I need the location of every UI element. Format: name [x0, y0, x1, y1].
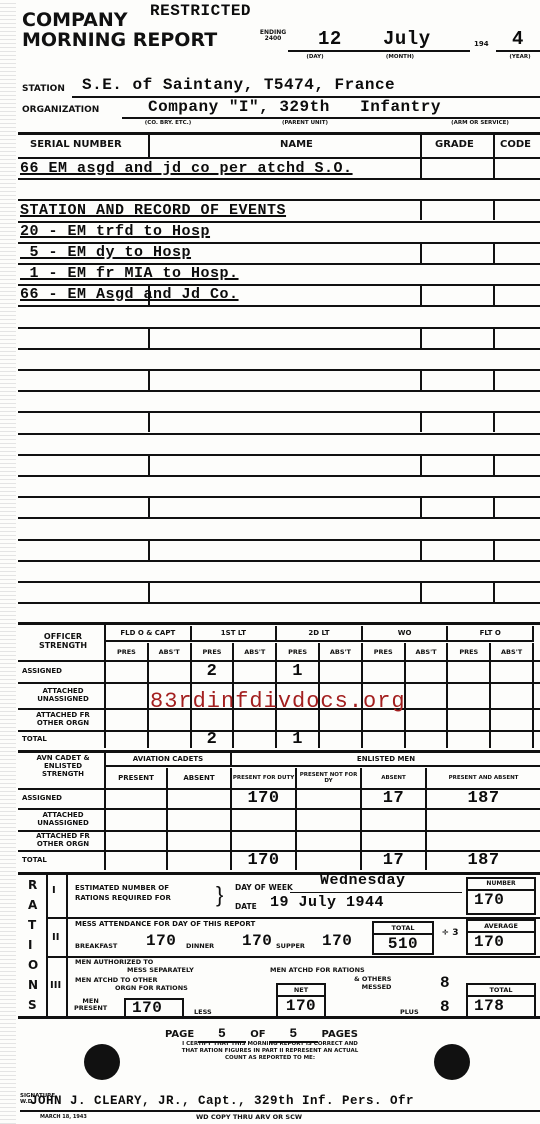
roster-col-divider [420, 135, 422, 158]
officer-cell [448, 682, 491, 708]
roster-col-divider [420, 411, 422, 432]
roster-col-divider [493, 454, 495, 475]
mess-total-box: TOTAL 510 [372, 921, 434, 955]
officer-cell: 2 [192, 730, 235, 748]
pages-label: PAGES [322, 1029, 358, 1040]
enlisted-cell [168, 808, 232, 830]
day-caption: (DAY) [300, 54, 330, 60]
event-item: 5 - EM dy to Hosp [20, 244, 191, 261]
roster-col-divider [420, 496, 422, 517]
officer-label-divider [104, 625, 106, 748]
officer-group-header: 2D LT [277, 626, 363, 642]
officer-sub-header: PRES [448, 643, 491, 660]
officer-cell [491, 660, 534, 682]
net-box: NET 170 [276, 983, 326, 1018]
roster-row-rule [18, 475, 540, 477]
signature-value: JOHN J. CLEARY, JR., Capt., 329th Inf. P… [30, 1094, 414, 1108]
enlisted-cell [168, 850, 232, 870]
officer-cell [491, 730, 534, 748]
organization-value: Company "I", 329th Infantry [148, 98, 441, 116]
rations-side-letter: R [28, 878, 37, 892]
enlisted-col-header: ABSENT [168, 768, 232, 788]
officer-group-header: 1ST LT [192, 626, 278, 642]
atchd-other-label: MEN ATCHD TO OTHER ORGN FOR RATIONS [75, 976, 188, 992]
officer-sub-header: ABS'T [149, 643, 192, 660]
roster-first-entry: 66 EM asgd and jd co per atchd S.O. [20, 160, 353, 177]
month-caption: (MONTH) [380, 54, 420, 60]
roster-row-rule [18, 539, 540, 541]
form-date: MARCH 18, 1943 [40, 1114, 87, 1120]
roster-row-rule [18, 560, 540, 562]
of-label: OF [250, 1029, 265, 1040]
roster-col-divider [493, 411, 495, 432]
men-present-label-2: PRESENT [74, 1005, 107, 1012]
officer-sub-header: ABS'T [406, 643, 449, 660]
report-year: 4 [512, 28, 524, 50]
roster-col-divider [493, 284, 495, 305]
officer-cell [106, 660, 149, 682]
rations-side-letter: A [28, 898, 37, 912]
rations-side-letter: S [28, 998, 37, 1012]
binder-hole-left [84, 1044, 120, 1080]
dinner-label: DINNER [186, 942, 214, 950]
roster-col-divider [148, 539, 150, 560]
roster-col-divider [420, 284, 422, 305]
section-ii-numeral: II [52, 932, 59, 943]
number-value: 170 [468, 891, 534, 909]
rations-divider [46, 874, 48, 1018]
day-of-week-line [290, 892, 462, 893]
roster-row-rule [18, 517, 540, 519]
officer-cell [320, 660, 363, 682]
roster-col-divider [493, 327, 495, 348]
roster-col-divider [493, 135, 495, 158]
brace: } [216, 880, 223, 910]
others-messed-label: & OTHERS MESSED [354, 975, 391, 991]
enlisted-cell [106, 808, 168, 830]
day-of-week-label: DAY OF WEEK [235, 883, 293, 892]
officer-sub-header: ABS'T [234, 643, 277, 660]
roster-col-divider [420, 242, 422, 263]
rations-side-letter: O [28, 958, 38, 972]
officer-cell: 1 [277, 730, 320, 748]
section-i-label-2: RATIONS REQUIRED FOR [75, 893, 171, 903]
officer-cell [448, 730, 491, 748]
report-day: 12 [318, 28, 342, 50]
atchd-for-rations-label: MEN ATCHD FOR RATIONS [270, 966, 365, 974]
breakfast-label: BREAKFAST [75, 942, 117, 950]
breakfast-value: 170 [146, 932, 176, 950]
enlisted-cell [297, 850, 362, 870]
roster-top-rule [18, 132, 540, 135]
officer-sub-header: PRES [106, 643, 149, 660]
section-i-label: ESTIMATED NUMBER OF RATIONS REQUIRED FOR [75, 883, 171, 903]
others-label-2: MESSED [354, 983, 391, 991]
rations-top-rule [18, 872, 540, 875]
officer-cell [491, 708, 534, 730]
officer-cell [406, 660, 449, 682]
date-line [288, 50, 470, 52]
officer-sub-header: ABS'T [320, 643, 363, 660]
rations-divider [66, 874, 68, 1018]
roster-row-rule [18, 581, 540, 583]
rations-side-letter: N [28, 978, 38, 992]
supper-label: SUPPER [276, 942, 305, 950]
enlisted-men-header: ENLISTED MEN [232, 753, 540, 767]
roster-col-divider [420, 369, 422, 390]
section-i-numeral: I [52, 885, 56, 896]
ration-total-label: TOTAL [468, 985, 534, 997]
rations-side-letter: I [28, 938, 32, 952]
ration-date-value: 19 July 1944 [270, 894, 384, 911]
atchd-other-label-2: ORGN FOR RATIONS [75, 984, 188, 992]
roster-row-rule [18, 348, 540, 350]
officer-cell [491, 682, 534, 708]
roster-col-divider [493, 539, 495, 560]
officer-sub-header: PRES [363, 643, 406, 660]
certify-line-1: I CERTIFY THAT THIS MORNING REPORT IS CO… [120, 1041, 420, 1048]
roster-col-divider [420, 581, 422, 602]
page-label: PAGE [165, 1029, 194, 1040]
enlisted-cell [297, 788, 362, 808]
mess-total-label: TOTAL [374, 923, 432, 935]
officer-sub-header: PRES [277, 643, 320, 660]
officer-row-label: ATTACHED FR OTHER ORGN [22, 708, 104, 730]
event-item: 20 - EM trfd to Hosp [20, 223, 210, 240]
officer-cell [448, 708, 491, 730]
enlisted-col-header: ABSENT [362, 768, 427, 788]
enlisted-col-header: PRESENT NOT FOR DY [297, 768, 362, 788]
enlisted-col-header: PRESENT [106, 768, 168, 788]
atchd-other-label-1: MEN ATCHD TO OTHER [75, 976, 188, 984]
officer-row-label: ATTACHED UNASSIGNED [22, 682, 104, 708]
org-caption-parent: (PARENT UNIT) [270, 120, 340, 126]
average-label: AVERAGE [468, 921, 534, 933]
roster-col-divider [148, 581, 150, 602]
average-value: 170 [468, 933, 534, 951]
enlisted-label-divider [104, 753, 106, 870]
rations-side-letter: T [28, 918, 36, 932]
year-prefix: 194 [474, 40, 489, 48]
enlisted-cell [362, 808, 427, 830]
net-value: 170 [278, 997, 324, 1015]
roster-col-divider [420, 199, 422, 220]
roster-row-rule [18, 602, 540, 604]
authorized-mess-label: MEN AUTHORIZED TO MESS SEPARATELY [75, 958, 194, 974]
enlisted-col-header: PRESENT AND ABSENT [427, 768, 540, 788]
ending-label: ENDING 2400 [253, 30, 293, 42]
officer-cell [448, 660, 491, 682]
organization-line [122, 117, 540, 119]
station-value: S.E. of Saintany, T5474, France [82, 76, 395, 94]
plus-value: 8 [440, 998, 450, 1016]
org-caption-company: (CO. BRY. ETC.) [128, 120, 208, 126]
enlisted-row-label: ASSIGNED [22, 788, 104, 808]
day-of-week-value: Wednesday [320, 872, 406, 889]
binder-hole-right [434, 1044, 470, 1080]
number-box: NUMBER 170 [466, 877, 536, 915]
enlisted-cell [362, 830, 427, 850]
officer-group-header: WO [363, 626, 449, 642]
roster-col-divider [420, 454, 422, 475]
col-code: CODE [500, 139, 531, 150]
form-title-line2: MORNING REPORT [22, 30, 217, 50]
roster-row-rule [18, 157, 540, 159]
less-label: LESS [194, 1008, 212, 1016]
events-heading: STATION AND RECORD OF EVENTS [20, 202, 286, 219]
dinner-value: 170 [242, 932, 272, 950]
event-item: 1 - EM fr MIA to Hosp. [20, 265, 239, 282]
col-grade: GRADE [435, 139, 474, 150]
roster-col-divider [148, 454, 150, 475]
average-box: AVERAGE 170 [466, 919, 536, 955]
roster-col-divider [493, 369, 495, 390]
enlisted-cell [427, 808, 540, 830]
watermark: 83rdinfdivdocs.org [150, 689, 406, 714]
roster-col-divider [493, 242, 495, 263]
officer-cell [406, 708, 449, 730]
enlisted-cell: 17 [362, 850, 427, 870]
enlisted-cell: 170 [232, 788, 297, 808]
org-caption-arm: (ARM OR SERVICE) [440, 120, 520, 126]
enlisted-cell [232, 808, 297, 830]
officer-cell [406, 730, 449, 748]
enlisted-cell [106, 850, 168, 870]
officer-group-header: FLD O & CAPT [106, 626, 192, 642]
enlisted-cell [232, 830, 297, 850]
enlisted-col-header: PRESENT FOR DUTY [232, 768, 297, 788]
enlisted-cell [106, 788, 168, 808]
certification-text: I CERTIFY THAT THIS MORNING REPORT IS CO… [120, 1041, 420, 1062]
roster-col-divider [148, 496, 150, 517]
officer-cell [149, 730, 192, 748]
officer-row-label: TOTAL [22, 730, 104, 748]
officer-cell: 2 [192, 660, 235, 682]
copy-label: WD COPY THRU ARV OR SCW [196, 1113, 302, 1121]
roster-row-rule [18, 327, 540, 329]
enlisted-cell: 170 [232, 850, 297, 870]
roster-col-divider [148, 369, 150, 390]
year-caption: (YEAR) [500, 54, 540, 60]
others-label-1: & OTHERS [354, 975, 391, 983]
officer-cell [106, 708, 149, 730]
roster-col-divider [148, 411, 150, 432]
officer-cell [406, 682, 449, 708]
roster-col-divider [420, 539, 422, 560]
scan-edge-noise [0, 0, 16, 1124]
roster-row-rule [18, 178, 540, 180]
enlisted-row-label: ATTACHED UNASSIGNED [22, 808, 104, 830]
enlisted-cell: 17 [362, 788, 427, 808]
enlisted-cell [297, 808, 362, 830]
officer-cell [320, 730, 363, 748]
officer-top-rule [18, 622, 540, 625]
net-label: NET [278, 985, 324, 997]
roster-row-rule [18, 305, 540, 307]
certify-line-3: COUNT AS REPORTED TO ME: [120, 1055, 420, 1062]
signature-line [20, 1110, 540, 1112]
enlisted-cell [168, 788, 232, 808]
enlisted-cell [297, 830, 362, 850]
roster-col-divider [493, 199, 495, 220]
officer-sub-header: ABS'T [491, 643, 534, 660]
officer-cell [234, 660, 277, 682]
enlisted-cell [106, 830, 168, 850]
officer-group-header: FLT O [448, 626, 534, 642]
col-serial-number: SERIAL NUMBER [30, 139, 122, 150]
roster-col-divider [493, 496, 495, 517]
authorized-label-2: MESS SEPARATELY [75, 966, 194, 974]
ration-total-value: 178 [468, 997, 534, 1015]
officer-strength-title: OFFICER STRENGTH [22, 632, 104, 650]
year-line [496, 50, 540, 52]
officer-row-label: ASSIGNED [22, 660, 104, 682]
section-i-label-1: ESTIMATED NUMBER OF [75, 883, 171, 893]
roster-row-rule [18, 433, 540, 435]
officer-cell [106, 730, 149, 748]
col-name: NAME [280, 139, 313, 150]
station-label: STATION [22, 84, 65, 94]
enlisted-cell [427, 830, 540, 850]
enlisted-cell [168, 830, 232, 850]
officer-cell [149, 660, 192, 682]
roster-col-divider [420, 327, 422, 348]
supper-value: 170 [322, 932, 352, 950]
roster-row-rule [18, 369, 540, 371]
roster-row-rule [18, 454, 540, 456]
officer-cell: 1 [277, 660, 320, 682]
roster-col-divider [420, 157, 422, 178]
roster-row-rule [18, 496, 540, 498]
others-messed-value: 8 [440, 974, 450, 992]
enlisted-strength-title: AVN CADET & ENLISTED STRENGTH [22, 754, 104, 778]
roster-row-rule [18, 390, 540, 392]
enlisted-row-label: TOTAL [22, 850, 104, 870]
officer-cell [106, 682, 149, 708]
ration-total-box: TOTAL 178 [466, 983, 536, 1018]
report-month: July [383, 28, 431, 50]
roster-row-rule [18, 411, 540, 413]
roster-col-divider [493, 157, 495, 178]
number-label: NUMBER [468, 879, 534, 891]
event-item: 66 - EM Asgd and Jd Co. [20, 286, 239, 303]
enlisted-row-label: ATTACHED FR OTHER ORGN [22, 830, 104, 850]
organization-label: ORGANIZATION [22, 105, 99, 115]
certify-line-2: THAT RATION FIGURES IN PART II REPRESENT… [120, 1048, 420, 1055]
officer-cell [363, 730, 406, 748]
men-present-box: 170 [124, 998, 184, 1018]
section-iii-numeral: III [50, 980, 61, 991]
officer-sub-header: PRES [192, 643, 235, 660]
men-present-value: 170 [126, 1000, 182, 1017]
roster-col-divider [493, 581, 495, 602]
roster-col-divider [148, 327, 150, 348]
officer-cell [363, 660, 406, 682]
plus-label: PLUS [400, 1008, 419, 1016]
mess-total-value: 510 [374, 935, 432, 953]
enlisted-cell: 187 [427, 850, 540, 870]
classification-stamp: RESTRICTED [150, 2, 251, 20]
authorized-label-1: MEN AUTHORIZED TO [75, 958, 194, 966]
date-label: DATE [235, 902, 257, 911]
divide-by-three: ÷ 3 [440, 928, 460, 938]
aviation-cadets-header: AVIATION CADETS [106, 753, 232, 767]
mess-attendance-label: MESS ATTENDANCE FOR DAY OF THIS REPORT [75, 920, 255, 928]
roster-col-divider [148, 135, 150, 158]
enlisted-cell: 187 [427, 788, 540, 808]
men-present-label: MEN PRESENT [74, 998, 107, 1012]
officer-cell [234, 730, 277, 748]
